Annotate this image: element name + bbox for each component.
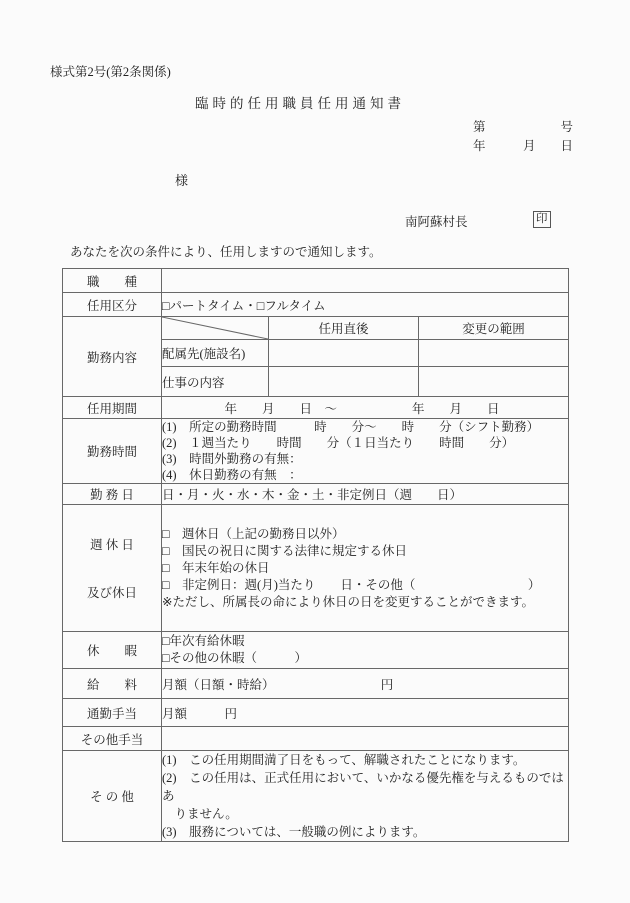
label-sonota-teate: その他手当 [63, 727, 162, 751]
issuer-name: 南阿蘇村長 [405, 212, 468, 230]
row-kinmu-jikan: 勤務時間 (1) 所定の勤務時間 時 分～ 時 分（シフト勤務） (2) １週当… [63, 419, 569, 484]
row-kinmu-bi: 勤 務 日 日・月・火・水・木・金・土・非定例日（週 日） [63, 484, 569, 505]
label-shukyujitsu-line1: 週 休 日 [63, 535, 161, 553]
label-shigoto: 仕事の内容 [162, 367, 269, 397]
col-header-henko-hani: 変更の範囲 [419, 317, 569, 340]
row-kyuka: 休 暇 □年次有給休暇 □その他の休暇（ ） [63, 632, 569, 669]
label-kinmu-jikan: 勤務時間 [63, 419, 162, 484]
col-header-ninyo-chokugo: 任用直後 [269, 317, 419, 340]
diagonal-cell [162, 317, 269, 340]
label-shukyujitsu: 週 休 日 及び休日 [63, 505, 162, 632]
row-shokushu: 職 種 [63, 269, 569, 293]
cell-shigoto-range [419, 367, 569, 397]
document-title: 臨時的任用職員任用通知書 [0, 92, 600, 112]
cell-kinmu-bi-value: 日・月・火・水・木・金・土・非定例日（週 日） [162, 484, 569, 505]
row-sonota: そ の 他 (1) この任用期間満了日をもって、解職されたことになります。 (2… [63, 751, 569, 842]
label-ninyo-kubun: 任用区分 [63, 293, 162, 317]
label-haizoku: 配属先(施設名) [162, 340, 269, 367]
cell-shigoto-direct [269, 367, 419, 397]
diagonal-line [162, 317, 268, 339]
label-ninyo-kikan: 任用期間 [63, 397, 162, 419]
date-line: 年 月 日 [473, 136, 573, 154]
cell-haizoku-direct [269, 340, 419, 367]
label-shukyujitsu-line2: 及び休日 [63, 583, 161, 601]
cell-shukyujitsu-value: □ 週休日（上記の勤務日以外） □ 国民の祝日に関する法律に規定する休日 □ 年… [162, 505, 569, 632]
intro-sentence: あなたを次の条件により、任用しますので通知します。 [70, 242, 382, 260]
kyuka-lines: □年次有給休暇 □その他の休暇（ ） [162, 633, 568, 667]
cell-sonota-value: (1) この任用期間満了日をもって、解職されたことになります。 (2) この任用… [162, 751, 569, 842]
label-kyuka: 休 暇 [63, 632, 162, 669]
form-number: 様式第2号(第2条関係) [50, 62, 171, 80]
addressee-suffix: 様 [175, 170, 188, 189]
cell-kinmu-jikan-value: (1) 所定の勤務時間 時 分～ 時 分（シフト勤務） (2) １週当たり 時間… [162, 419, 569, 484]
label-kinmu-bi: 勤 務 日 [63, 484, 162, 505]
document-number-line: 第 号 [473, 117, 573, 135]
cell-kyuka-value: □年次有給休暇 □その他の休暇（ ） [162, 632, 569, 669]
sonota-lines: (1) この任用期間満了日をもって、解職されたことになります。 (2) この任用… [162, 751, 568, 841]
label-sonota: そ の 他 [63, 751, 162, 842]
row-kyuryo: 給 料 月額（日額・時給） 円 [63, 669, 569, 699]
cell-ninyo-kubun-value: □パートタイム・□フルタイム [162, 293, 569, 317]
cell-haizoku-range [419, 340, 569, 367]
kinmu-jikan-lines: (1) 所定の勤務時間 時 分～ 時 分（シフト勤務） (2) １週当たり 時間… [162, 419, 568, 483]
label-shokushu: 職 種 [63, 269, 162, 293]
row-shukyujitsu: 週 休 日 及び休日 □ 週休日（上記の勤務日以外） □ 国民の祝日に関する法律… [63, 505, 569, 632]
cell-shokushu-value [162, 269, 569, 293]
row-kinmu-naiyo-header: 勤務内容 任用直後 変更の範囲 [63, 317, 569, 340]
cell-ninyo-kikan-value: 年 月 日 ～ 年 月 日 [162, 397, 569, 419]
seal-placeholder: 印 [533, 211, 551, 228]
label-kyuryo: 給 料 [63, 669, 162, 699]
row-sonota-teate: その他手当 [63, 727, 569, 751]
label-tsukin-teate: 通勤手当 [63, 699, 162, 727]
row-ninyo-kubun: 任用区分 □パートタイム・□フルタイム [63, 293, 569, 317]
cell-sonota-teate-value [162, 727, 569, 751]
shukyujitsu-lines: □ 週休日（上記の勤務日以外） □ 国民の祝日に関する法律に規定する休日 □ 年… [162, 526, 568, 611]
label-kinmu-naiyo: 勤務内容 [63, 317, 162, 397]
notice-table: 職 種 任用区分 □パートタイム・□フルタイム 勤務内容 任用直後 変更の範囲 … [62, 268, 569, 842]
cell-kyuryo-value: 月額（日額・時給） 円 [162, 669, 569, 699]
cell-tsukin-teate-value: 月額 円 [162, 699, 569, 727]
row-ninyo-kikan: 任用期間 年 月 日 ～ 年 月 日 [63, 397, 569, 419]
row-tsukin-teate: 通勤手当 月額 円 [63, 699, 569, 727]
